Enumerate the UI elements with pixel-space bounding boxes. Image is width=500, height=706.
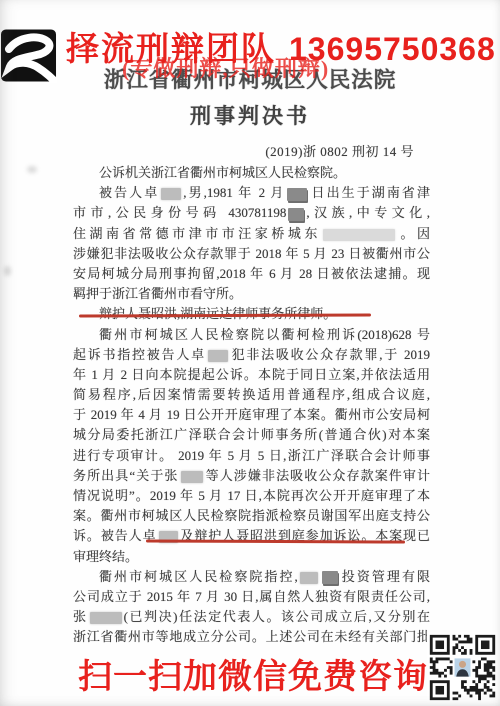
redaction-box — [300, 572, 318, 584]
doc-line: 务所出具“关于张等人涉嫌非法吸收公众存款案件审计 — [73, 466, 430, 486]
doc-line: 情况说明”。2019 年 5 月 17 日,本院再次公开开庭审理了本 — [73, 486, 430, 506]
wechat-cta-text: 扫一扫加微信免费咨询 — [78, 649, 428, 698]
doc-line: 审理终结。 — [73, 547, 430, 567]
doc-line: 城分局委托浙江广泽联合会计师事务所(普通合伙)对本案 — [73, 425, 430, 445]
doc-line: 被告人卓,男,1981 年 2 月日出生于湖南省津 — [73, 183, 430, 203]
scan-smudge — [4, 266, 11, 276]
doc-line: 张(已判决)任法定代表人。该公司成立后,又分别在 — [73, 607, 430, 627]
document-body: 公诉机关浙江省衢州市柯城区人民检察院。被告人卓,男,1981 年 2 月日出生于… — [73, 163, 430, 648]
wechat-qr-code — [427, 632, 498, 703]
redaction-box — [161, 188, 181, 200]
doc-line: 公司成立于 2015 年 7 月 30 日,属自然人独资有限责任公司, — [73, 587, 430, 607]
doc-line: 案。衢州市柯城区人民检察院指派检察员谢国军出庭支持公 — [73, 506, 430, 526]
watermark-tagline: (专做刑辩,只做刑辩) — [122, 52, 329, 83]
doc-line: 羁押于浙江省衢州市看守所。 — [73, 284, 430, 304]
doc-line: 起诉书指控被告人卓犯非法吸收公众存款罪,于 2019 — [73, 345, 430, 365]
doc-line: 涉嫌犯非法吸收公众存款罪于 2018 年 5 月 23 日被衢州市公 — [73, 244, 430, 264]
doc-line: 年 1 月 2 日向本院提起公诉。本院于同日立案,并依法适用 — [73, 365, 430, 385]
scanned-judgment-page: 择流刑辩团队 13695750368 (专做刑辩,只做刑辩) 浙江省衢州市柯城区… — [0, 0, 500, 706]
case-number: (2019)浙 0802 刑初 14 号 — [265, 141, 414, 160]
doc-line: 简易程序,后因案情需要转换适用普通程序,组成合议庭, — [73, 385, 430, 405]
redaction-box — [323, 229, 395, 241]
redaction-box — [322, 571, 338, 584]
redaction-box — [287, 188, 307, 201]
doc-line: 浙江省衢州市等地成立分公司。上述公司在未经有关部门批 — [73, 627, 430, 647]
scan-smudge — [27, 166, 37, 173]
doc-line: 进行专项审计。 2019 年 5 月 5 日,浙江广泽联合会计师事 — [73, 446, 430, 466]
qr-avatar — [453, 657, 472, 678]
doc-line: 安局柯城分局刑事拘留,2018 年 6 月 28 日被依法逮捕。现 — [73, 264, 430, 284]
doc-line: 衢州市柯城区人民检察院以衢柯检刑诉(2018)628 号 — [73, 325, 430, 345]
doc-line: 公诉机关浙江省衢州市柯城区人民检察院。 — [73, 163, 430, 183]
redaction-box — [90, 612, 122, 624]
document-title: 刑事判决书 — [0, 100, 500, 130]
doc-line: 诉。被告人卓及辩护人聂昭洪到庭参加诉讼。本案现已 — [73, 526, 430, 546]
redaction-box — [181, 471, 203, 483]
doc-line: 衢州市柯城区人民检察院指控,投资管理有限 — [73, 567, 430, 587]
doc-line: 于 2019 年 4 月 19 日公开开庭审理了本案。衢州市公安局柯 — [73, 405, 430, 425]
doc-line: 住湖南省常德市津市市汪家桥城东。因 — [73, 224, 430, 244]
redaction-box — [208, 350, 228, 362]
redaction-box — [288, 208, 304, 221]
doc-line: 市市,公民身份号码 430781198,汉族,中专文化, — [73, 203, 430, 223]
